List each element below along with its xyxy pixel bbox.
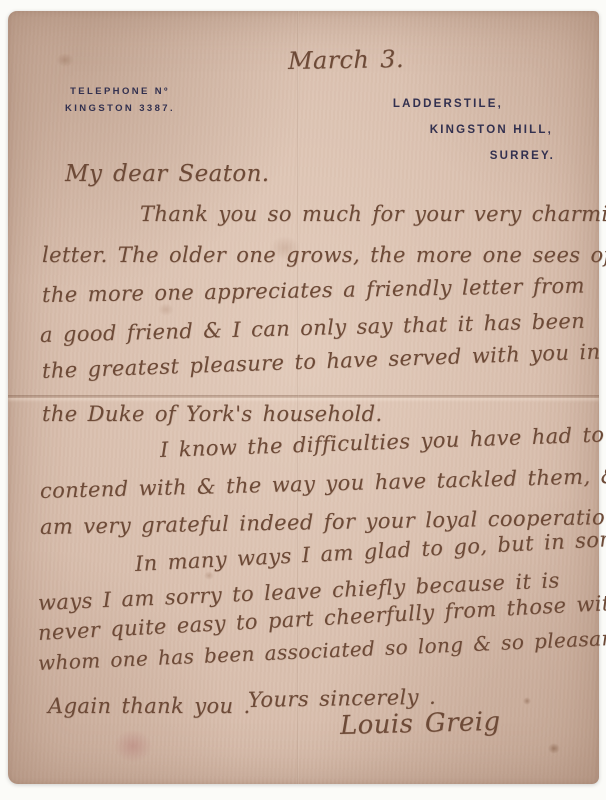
valediction: Yours sincerely .: [248, 685, 436, 712]
foxing-stain: [158, 303, 174, 316]
letter-line: Thank you so much for your very charming: [140, 202, 606, 226]
letterhead-address-county: SURREY.: [490, 150, 555, 162]
foxing-stain: [56, 53, 74, 67]
letterhead-telephone: TELEPHONE Nº KINGSTON 3387.: [65, 83, 175, 117]
letter-line: the Duke of York's household.: [42, 402, 383, 426]
letterhead-address-house: LADDERSTILE,: [393, 98, 503, 110]
foxing-stain: [204, 571, 214, 580]
letterhead-telephone-label: TELEPHONE Nº: [65, 83, 175, 100]
letter-line: the more one appreciates a friendly lett…: [42, 274, 585, 307]
salutation: My dear Seaton.: [65, 161, 270, 187]
vertical-fold-crease: [297, 11, 299, 784]
closing-thanks: Again thank you .: [48, 694, 251, 718]
foxing-stain: [548, 743, 560, 754]
foxing-stain: [113, 729, 153, 763]
horizontal-fold-crease: [8, 395, 599, 398]
letter-line: contend with & the way you have tackled …: [40, 463, 606, 503]
letterhead-telephone-number: KINGSTON 3387.: [65, 100, 175, 117]
letter-line: letter. The older one grows, the more on…: [42, 243, 606, 267]
letter-paper-sheet: TELEPHONE Nº KINGSTON 3387. LADDERSTILE,…: [8, 11, 599, 784]
signature: Louis Greig: [340, 707, 501, 741]
handwritten-date: March 3.: [288, 45, 404, 75]
letter-line: I know the difficulties you have had to: [160, 422, 605, 462]
letter-photo: TELEPHONE Nº KINGSTON 3387. LADDERSTILE,…: [0, 0, 606, 800]
foxing-stain: [523, 697, 531, 705]
letter-line: a good friend & I can only say that it h…: [40, 309, 586, 347]
letterhead-address-town: KINGSTON HILL,: [430, 124, 553, 136]
letter-line: the greatest pleasure to have served wit…: [42, 340, 601, 383]
